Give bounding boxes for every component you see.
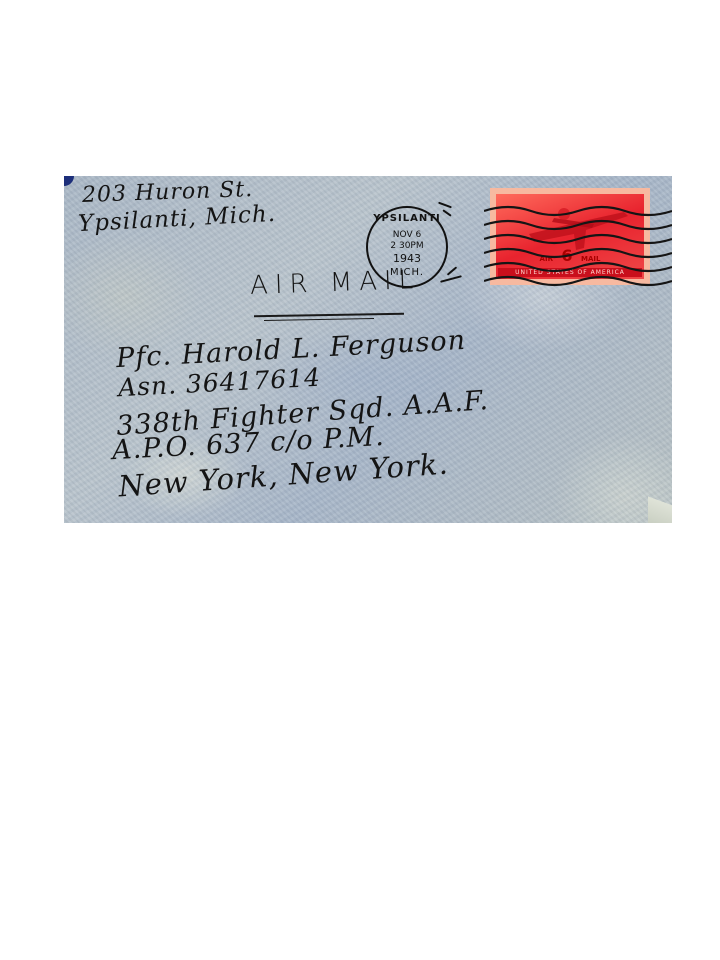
postmark-year: 1943 — [368, 252, 446, 265]
postmark-ink-marks — [436, 200, 466, 290]
postmark-city: YPSILANTI — [368, 213, 446, 224]
airmail-underline-2 — [264, 318, 374, 321]
postmark-date: NOV 6 — [368, 230, 446, 240]
torn-corner — [648, 483, 672, 523]
airmail-underline — [254, 313, 404, 318]
airmail-note: AIR MAIL — [250, 265, 421, 301]
postmark-time: 2 30PM — [368, 241, 446, 251]
envelope: 203 Huron St. Ypsilanti, Mich. YPSILANTI… — [64, 176, 672, 523]
envelope-corner-shadow — [64, 176, 74, 186]
cancellation-wavy-lines — [484, 201, 672, 291]
